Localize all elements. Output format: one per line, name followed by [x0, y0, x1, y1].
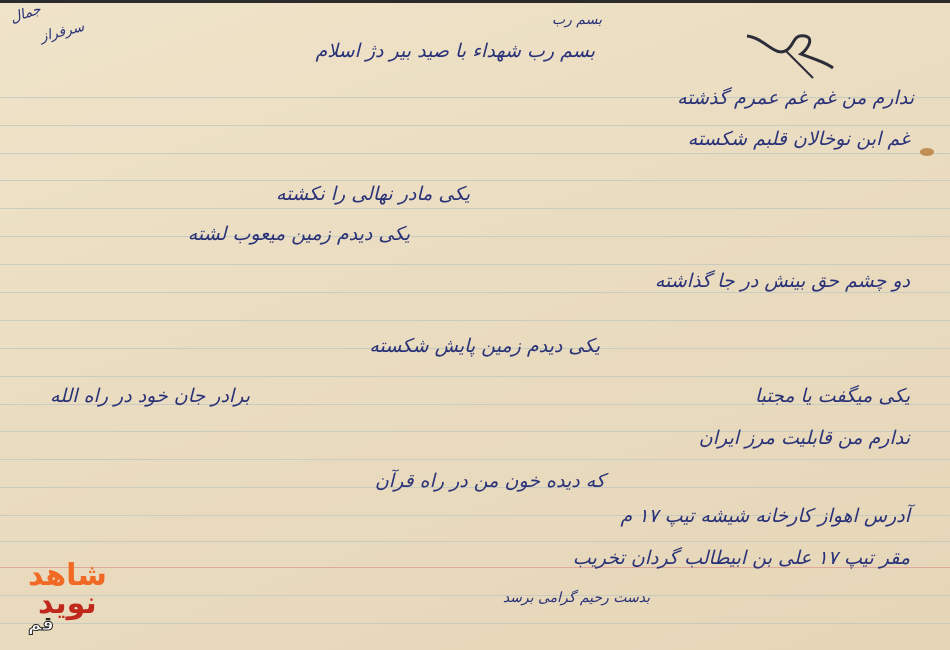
- ruled-line: [0, 623, 950, 624]
- letter-line-2: ندارم من غم غم عمرم گذشته: [677, 87, 914, 109]
- letter-line-5: یکی دیدم زمین میعوب لشته: [188, 223, 410, 245]
- ruled-line: [0, 292, 950, 293]
- letter-line-7: یکی دیدم زمین پایش شکسته: [369, 335, 600, 357]
- recipient-line: بدست رحیم گرامی برسد: [503, 590, 650, 606]
- letter-line-11: که دیده خون من در راه قرآن: [375, 470, 605, 492]
- top-edge: [0, 0, 950, 3]
- ruled-line: [0, 264, 950, 265]
- letter-line-9: برادر جان خود در راه الله: [50, 385, 250, 407]
- unit-line: مقر تیپ ۱۷ علی بن ابیطالب گردان تخریب: [573, 547, 910, 569]
- ink-stain: [920, 148, 934, 156]
- letter-page: جمال سرفراز بسم رب بسم رب شهداء با صید ب…: [0, 0, 950, 650]
- ruled-line: [0, 125, 950, 126]
- letter-heading: بسم رب: [552, 12, 602, 28]
- logo-city: قم: [28, 614, 54, 635]
- letter-line-10: ندارم من قابلیت مرز ایران: [699, 427, 910, 449]
- ruled-line: [0, 595, 950, 596]
- ruled-line: [0, 153, 950, 154]
- letter-line-8: یکی میگفت یا مجتبا: [755, 385, 910, 407]
- address-line: آدرس اهواز کارخانه شیشه تیپ ۱۷ م: [620, 505, 910, 527]
- letter-line-3: غم ابن نوخالان قلبم شکسته: [688, 128, 910, 150]
- ruled-line: [0, 459, 950, 460]
- signature-mark: [745, 28, 835, 83]
- letter-line-1: بسم رب شهداء با صید بیر دژ اسلام: [316, 40, 595, 62]
- navid-shahed-logo: شاهد نوید قم: [28, 558, 118, 648]
- ruled-line: [0, 376, 950, 377]
- corner-note-name: جمال: [8, 2, 43, 27]
- ruled-line: [0, 541, 950, 542]
- ruled-line: [0, 236, 950, 237]
- letter-line-4: یکی مادر نهالی را نکشته: [276, 183, 470, 205]
- ruled-line: [0, 320, 950, 321]
- corner-note-surname: سرفراز: [39, 19, 86, 45]
- letter-line-6: دو چشم حق بینش در جا گذاشته: [655, 270, 910, 292]
- ruled-line: [0, 208, 950, 209]
- ruled-line: [0, 180, 950, 181]
